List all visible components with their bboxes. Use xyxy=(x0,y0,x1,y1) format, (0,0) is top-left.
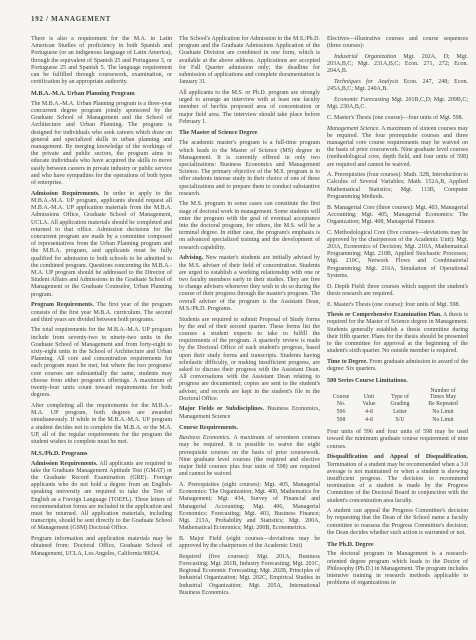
paragraph: A. Prerequisites (four courses): Math. 3… xyxy=(327,172,468,201)
run-in-heading-italic: Economic Forecasting xyxy=(334,97,389,103)
paragraph: The M.B.A.-M.A. Urban Planning program i… xyxy=(31,101,172,187)
column-middle: The School's Application for Admission t… xyxy=(179,36,320,601)
paragraph: Admission Requirements. In order to appl… xyxy=(31,191,172,299)
section-heading: M.B.A.-M.A. Urban Planning Program xyxy=(31,90,172,97)
column-left: There is also a requirement for the M.A.… xyxy=(31,36,172,601)
run-in-heading: Major Fields or Subdisciplines. xyxy=(179,406,264,412)
paragraph: Management Science. A maximum of sixteen… xyxy=(327,126,468,169)
section-heading: M.S./Ph.D. Programs xyxy=(31,450,172,457)
table-cell: S/U xyxy=(383,417,417,425)
table-cell: Letter xyxy=(383,409,417,417)
paragraph: The total requirements for the M.B.A.-M.… xyxy=(31,327,172,399)
paragraph: The academic master's program is a full-… xyxy=(179,140,320,198)
scanned-page-content: 192 / MANAGEMENT There is also a require… xyxy=(0,0,476,601)
column-right: Electives—illustrative courses and cours… xyxy=(327,36,468,601)
paragraph: Required (five courses): Mgt. 201A, Busi… xyxy=(179,554,320,597)
paragraph: B. Managerial Core (three courses): Mgt.… xyxy=(327,205,468,227)
paragraph: Time to Degree. From graduate admission … xyxy=(327,359,468,373)
paragraph: E. Master's Thesis (one course): four un… xyxy=(327,302,468,309)
run-in-heading-italic: Management Science. xyxy=(327,126,380,132)
run-in-heading-italic: Business Economics. xyxy=(179,435,231,441)
table-cell: 4-8 xyxy=(356,417,382,425)
page-number-and-section: 192 / MANAGEMENT xyxy=(31,15,111,23)
text-columns: There is also a requirement for the M.A.… xyxy=(0,23,476,601)
run-in-heading: Disqualification and Appeal of Disqualif… xyxy=(327,454,468,460)
paragraph: The doctoral program in Management is a … xyxy=(327,551,468,587)
catalog-page: 192 / MANAGEMENT There is also a require… xyxy=(0,0,476,640)
table-header-cell: Type of Grading xyxy=(383,394,417,409)
paragraph: The School's Application for Admission t… xyxy=(179,36,320,86)
paragraph: Major Fields or Subdisciplines. Business… xyxy=(179,406,320,420)
paragraph: Thesis or Comprehensive Examination Plan… xyxy=(327,312,468,355)
run-in-heading: Admission Requirements. xyxy=(31,461,98,467)
paragraph-text: A maximum of seventeen courses may be re… xyxy=(179,435,320,477)
table-cell: 598 xyxy=(327,417,355,425)
table-cell: 596 xyxy=(327,409,355,417)
paragraph: Disqualification and Appeal of Disqualif… xyxy=(327,454,468,504)
paragraph: Four units of 596 and four units of 598 … xyxy=(327,429,468,451)
table-header-cell: Course No. xyxy=(327,394,355,409)
table-cell: No Limit xyxy=(418,417,468,425)
paragraph-text: Termination of a student may be recommen… xyxy=(327,462,468,504)
run-in-heading: Admission Requirements. xyxy=(31,191,100,197)
paragraph: There is also a requirement for the M.A.… xyxy=(31,36,172,86)
paragraph: The M.S. program in some cases can const… xyxy=(179,201,320,251)
run-in-heading: Time to Degree. xyxy=(327,359,368,365)
paragraph: D. Depth Field: three courses which supp… xyxy=(327,284,468,298)
running-header: 192 / MANAGEMENT xyxy=(0,0,476,23)
elective-item: Techniques for Analysis Econ. 247, 248; … xyxy=(327,79,468,93)
paragraph: All applicants to the M.S. or Ph.D. prog… xyxy=(179,90,320,126)
paragraph-text: In order to apply to the M.B.A.-M.A. UP … xyxy=(31,191,172,298)
paragraph: A student can appeal the Progress Commit… xyxy=(327,508,468,537)
run-in-heading-italic: Techniques for Analysis xyxy=(334,79,398,85)
elective-item: Industrial Organization Mgt. 202A, D; Mg… xyxy=(327,54,468,76)
paragraph: Program information and application mate… xyxy=(31,536,172,558)
paragraph: Electives—illustrative courses and cours… xyxy=(327,36,468,50)
paragraph: Advising. New master's students are init… xyxy=(179,255,320,313)
course-limitations-table: Course No. Unit Value Type of Grading Nu… xyxy=(327,388,468,425)
paragraph-text: New master's students are initially advi… xyxy=(179,255,320,311)
paragraph-text: All applicants are required to take the … xyxy=(31,461,172,532)
run-in-heading: Advising. xyxy=(179,255,203,261)
paragraph: C. Master's Thesis (one course)—four uni… xyxy=(327,115,468,122)
section-heading: The Ph.D. Degree xyxy=(327,541,468,548)
table-cell: 4-8 xyxy=(356,409,382,417)
paragraph-text: A thesis is required for the Master of S… xyxy=(327,312,468,354)
run-in-heading: Thesis or Comprehensive Examination Plan… xyxy=(327,312,442,318)
paragraph: Program Requirements. The first year of … xyxy=(31,302,172,324)
table-header-cell: Number of Times May Be Repeated xyxy=(418,388,468,409)
section-heading: 500 Series Course Limitations. xyxy=(327,377,468,384)
elective-item: Economic Forecasting Mgt. 201B,C,D; Mgt.… xyxy=(327,97,468,111)
run-in-heading-italic: Industrial Organization xyxy=(334,54,396,60)
paragraph: B. Major Field (eight courses—deviations… xyxy=(179,536,320,550)
section-heading: Course Requirements. xyxy=(179,424,320,431)
paragraph-text: A maximum of sixteen courses may be requ… xyxy=(327,126,468,168)
section-heading: The Master of Science Degree xyxy=(179,129,320,136)
paragraph: Students are required to submit Proposal… xyxy=(179,317,320,403)
paragraph: After completing all the requirements fo… xyxy=(31,403,172,446)
table-header-cell: Unit Value xyxy=(356,394,382,409)
paragraph: Business Economics. A maximum of sevente… xyxy=(179,435,320,478)
paragraph: A. Prerequisites (eight courses): Mgt. 4… xyxy=(179,482,320,532)
paragraph: Admission Requirements. All applicants a… xyxy=(31,461,172,533)
run-in-heading: Program Requirements. xyxy=(31,302,94,308)
paragraph: C. Methodological Core (five courses—dev… xyxy=(327,230,468,280)
table-cell: No Limit xyxy=(418,409,468,417)
